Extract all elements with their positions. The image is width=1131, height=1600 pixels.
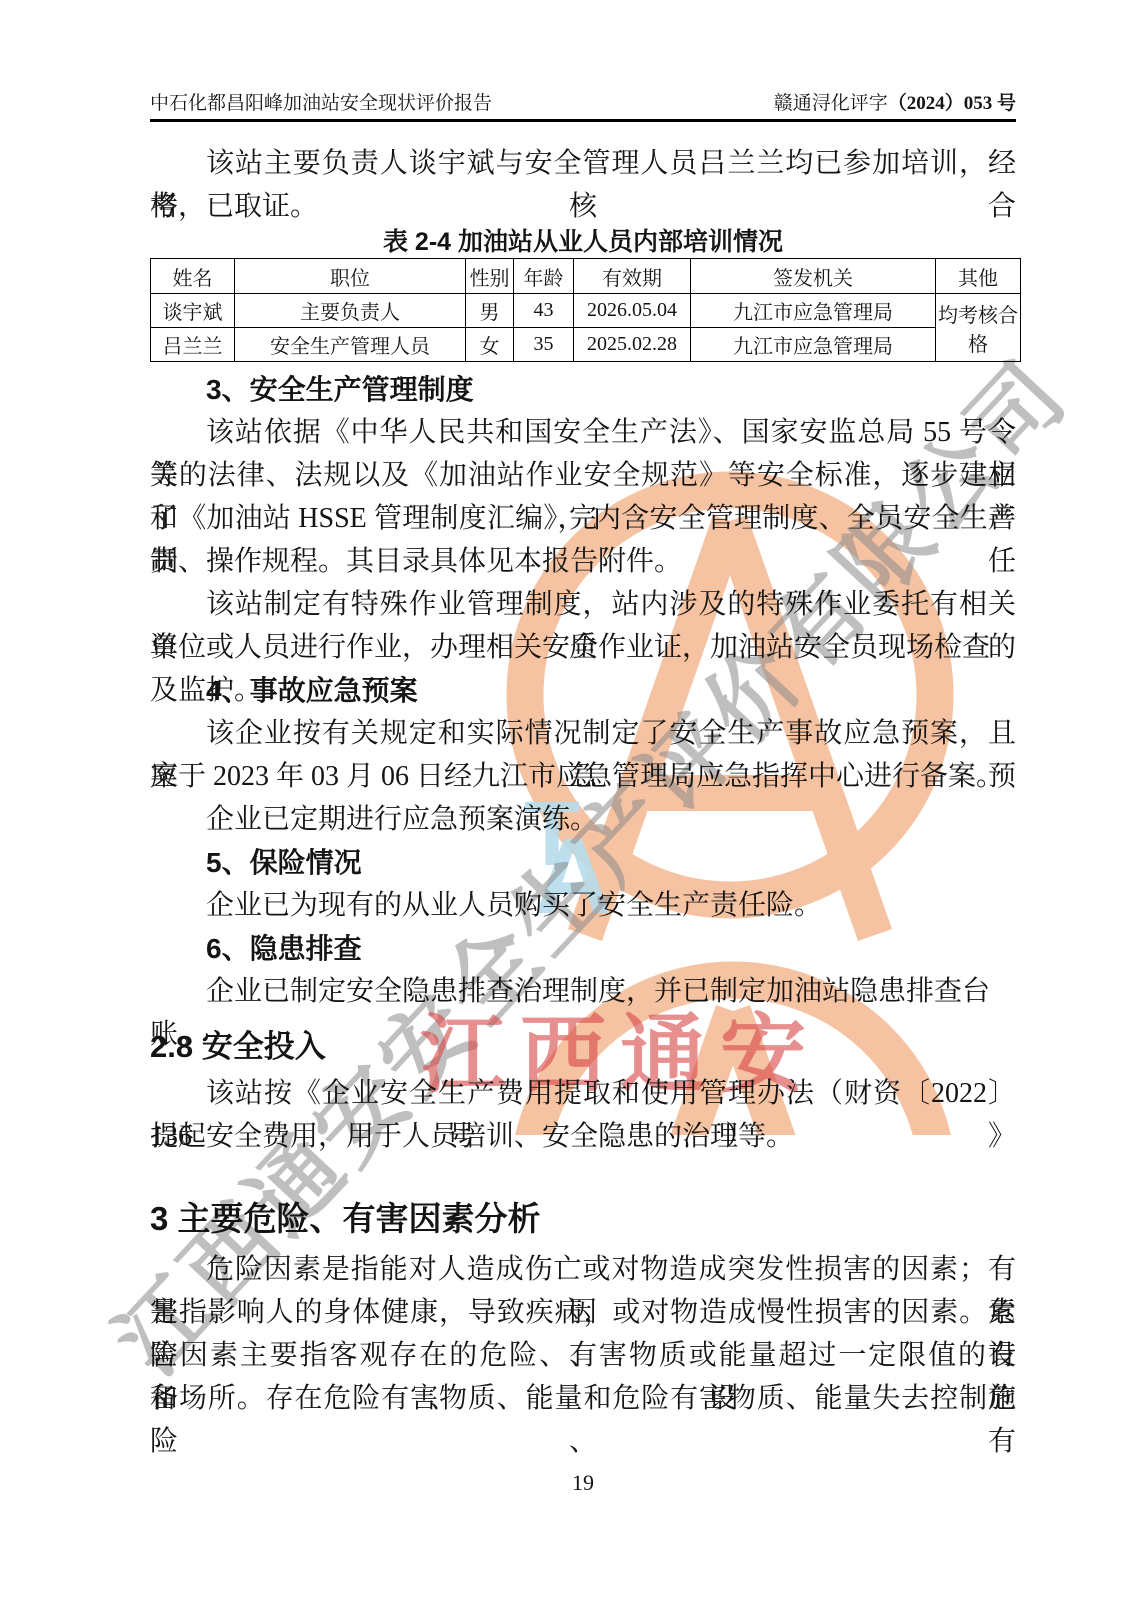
paragraph-line: 该站制定有特殊作业管理制度，站内涉及的特殊作业委托有相关资质的: [150, 583, 1016, 626]
section-2-8-paragraph: 该站按《企业安全生产费用提取和使用管理办法（财资〔2022〕136 号）》 提起…: [150, 1072, 1016, 1158]
section-heading-6: 6、隐患排查: [150, 927, 1016, 970]
page-number: 19: [150, 1470, 1016, 1496]
paragraph-line: 和场所。存在危险有害物质、能量和危险有害物质、能量失去控制危险、有: [150, 1377, 1016, 1420]
main-body: 3、安全生产管理制度 该站依据《中华人民共和国安全生产法》、国家安监总局 55 …: [150, 368, 1016, 1013]
section-heading-4: 4、事故应急预案: [150, 669, 1016, 712]
col-header-other: 其他: [936, 259, 1021, 294]
col-header-position: 职位: [235, 259, 466, 294]
report-page: T A 江西通安安全生产评价有限公司 江西通安 中石化都昌阳峰加油站安全现状评价…: [0, 0, 1131, 1600]
col-header-age: 年龄: [514, 259, 574, 294]
training-table-wrap: 姓名 职位 性别 年龄 有效期 签发机关 其他 谈宇斌 主要负责人 男 43 2…: [150, 258, 1016, 362]
paragraph-line: 了《加油站 HSSE 管理制度汇编》， 内含安全管理制度、全员安全生产责任: [150, 497, 1016, 540]
cell-gender: 女: [466, 328, 514, 362]
cell-name: 吕兰兰: [151, 328, 235, 362]
cell-age: 35: [514, 328, 574, 362]
header-doc-number-bold: （2024）053 号: [888, 93, 1016, 114]
page-header: 中石化都昌阳峰加油站安全现状评价报告 赣通浔化评字（2024）053 号: [150, 88, 1016, 115]
paragraph-line: 案于 2023 年 03 月 06 日经九江市应急管理局应急指挥中心进行备案。: [150, 755, 1016, 798]
paragraph-line: 单位或人员进行作业，办理相关安全作业证，加油站安全员现场检查及监护。: [150, 626, 1016, 669]
header-rule: [150, 119, 1016, 122]
col-header-validity: 有效期: [574, 259, 691, 294]
cell-validity: 2025.02.28: [574, 328, 691, 362]
table-header-row: 姓名 职位 性别 年龄 有效期 签发机关 其他: [151, 259, 1021, 294]
header-report-title: 中石化都昌阳峰加油站安全现状评价报告: [150, 88, 492, 115]
paragraph-line: 害因素主要指客观存在的危险、有害物质或能量超过一定限值的设备、设施: [150, 1334, 1016, 1377]
cell-position: 安全生产管理人员: [235, 328, 466, 362]
intro-paragraph: 该站主要负责人谈宇斌与安全管理人员吕兰兰均已参加培训，经考核合 格，已取证。: [150, 142, 1016, 228]
paragraph-line: 企业已定期进行应急预案演练。: [150, 798, 1016, 841]
section-heading-5: 5、保险情况: [150, 841, 1016, 884]
paragraph-line: 企业已为现有的从业人员购买了安全生产责任险。: [150, 884, 1016, 927]
training-table: 姓名 职位 性别 年龄 有效期 签发机关 其他 谈宇斌 主要负责人 男 43 2…: [150, 258, 1021, 362]
paragraph-line: 危险因素是指能对人造成伤亡或对物造成突发性损害的因素；有害因素: [150, 1248, 1016, 1291]
chapter-heading-3: 3 主要危险、有害因素分析: [150, 1190, 1016, 1248]
paragraph-line: 是指影响人的身体健康，导致疾病，或对物造成慢性损害的因素。危险、有: [150, 1291, 1016, 1334]
paragraph-line: 关的法律、法规以及《加油站作业安全规范》等安全标准，逐步建立和完善: [150, 454, 1016, 497]
col-header-gender: 性别: [466, 259, 514, 294]
header-doc-number: 赣通浔化评字（2024）053 号: [774, 88, 1016, 115]
cell-gender: 男: [466, 294, 514, 328]
header-doc-number-prefix: 赣通浔化评字: [774, 93, 888, 114]
paragraph-line: 该站依据《中华人民共和国安全生产法》、国家安监总局 55 号令等相: [150, 411, 1016, 454]
cell-other-merged: 均考核合格: [936, 294, 1021, 362]
paragraph-line: 企业已制定安全隐患排查治理制度，并已制定加油站隐患排查台账。: [150, 970, 1016, 1013]
table-title: 表 2-4 加油站从业人员内部培训情况: [150, 226, 1016, 258]
paragraph-line: 该站主要负责人谈宇斌与安全管理人员吕兰兰均已参加培训，经考核合: [150, 142, 1016, 185]
cell-position: 主要负责人: [235, 294, 466, 328]
table-row: 谈宇斌 主要负责人 男 43 2026.05.04 九江市应急管理局 均考核合格: [151, 294, 1021, 328]
section-heading-3: 3、安全生产管理制度: [150, 368, 1016, 411]
cell-age: 43: [514, 294, 574, 328]
section-heading-2-8: 2.8 安全投入: [150, 1022, 1016, 1072]
col-header-name: 姓名: [151, 259, 235, 294]
cell-name: 谈宇斌: [151, 294, 235, 328]
cell-issuer: 九江市应急管理局: [691, 294, 936, 328]
table-row: 吕兰兰 安全生产管理人员 女 35 2025.02.28 九江市应急管理局: [151, 328, 1021, 362]
paragraph-line: 该站按《企业安全生产费用提取和使用管理办法（财资〔2022〕136 号）》: [150, 1072, 1016, 1115]
cell-issuer: 九江市应急管理局: [691, 328, 936, 362]
cell-validity: 2026.05.04: [574, 294, 691, 328]
chapter-3-paragraph: 危险因素是指能对人造成伤亡或对物造成突发性损害的因素；有害因素 是指影响人的身体…: [150, 1248, 1016, 1420]
paragraph-line: 该企业按有关规定和实际情况制定了安全生产事故应急预案，且应急预: [150, 712, 1016, 755]
col-header-issuer: 签发机关: [691, 259, 936, 294]
